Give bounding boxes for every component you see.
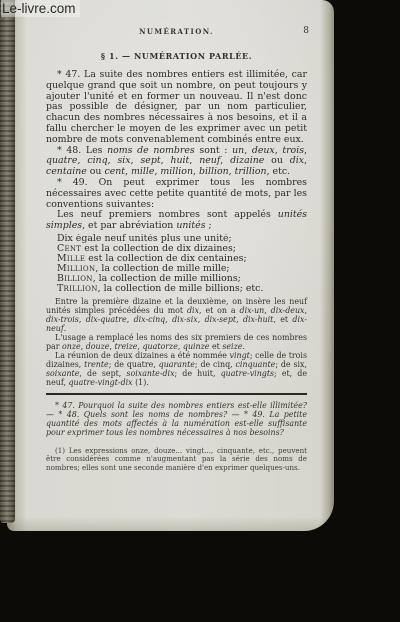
definition-list: Dix égale neuf unités plus une unité; Ce… <box>46 234 307 294</box>
section-heading: § 1. — NUMÉRATION PARLÉE. <box>46 51 307 61</box>
watermark: Le-livre.com <box>1 0 80 17</box>
page-content: NUMÉRATION. 8 § 1. — NUMÉRATION PARLÉE. … <box>46 0 307 479</box>
note-usage-onze-seize: L'usage a remplacé les noms des six prem… <box>46 333 307 351</box>
page-number: 8 <box>303 26 309 36</box>
note-dix-compounds: Entre la première dizaine et la deuxième… <box>46 297 307 333</box>
definition-billion: Billion, la collection de mille millions… <box>46 274 307 284</box>
footnote-questions: * 47. Pourquoi la suite des nombres enti… <box>46 401 307 437</box>
paragraph-49: * 49. On peut exprimer tous les nombres … <box>46 178 307 210</box>
paragraph-48: * 48. Les noms de nombres sont : un, deu… <box>46 146 307 178</box>
definition-mille: Mille est la collection de dix centaines… <box>46 254 307 264</box>
definition-dix: Dix égale neuf unités plus une unité; <box>46 234 307 244</box>
definition-million: Million, la collection de mille mille; <box>46 264 307 274</box>
paragraph-47: * 47. La suite des nombres entiers est i… <box>46 70 307 146</box>
running-header-title: NUMÉRATION. <box>139 27 214 36</box>
definition-trillion: Trillion, la collection de mille billion… <box>46 284 307 294</box>
definition-cent: Cent est la collection de dix dizaines; <box>46 244 307 254</box>
running-header: NUMÉRATION. 8 <box>46 27 307 36</box>
book-photo-background: NUMÉRATION. 8 § 1. — NUMÉRATION PARLÉE. … <box>0 0 400 622</box>
book-page: NUMÉRATION. 8 § 1. — NUMÉRATION PARLÉE. … <box>7 0 334 531</box>
footnote-1: (1) Les expressions onze, douze... vingt… <box>46 447 307 472</box>
footnote-rule <box>46 393 307 395</box>
paragraph-unites-intro: Les neuf premiers nombres sont appelés u… <box>46 210 307 232</box>
small-note-block: Entre la première dizaine et la deuxième… <box>46 297 307 387</box>
book-binding-edge <box>0 0 15 523</box>
note-dizaines-names: La réunion de deux dizaines a été nommée… <box>46 351 307 387</box>
